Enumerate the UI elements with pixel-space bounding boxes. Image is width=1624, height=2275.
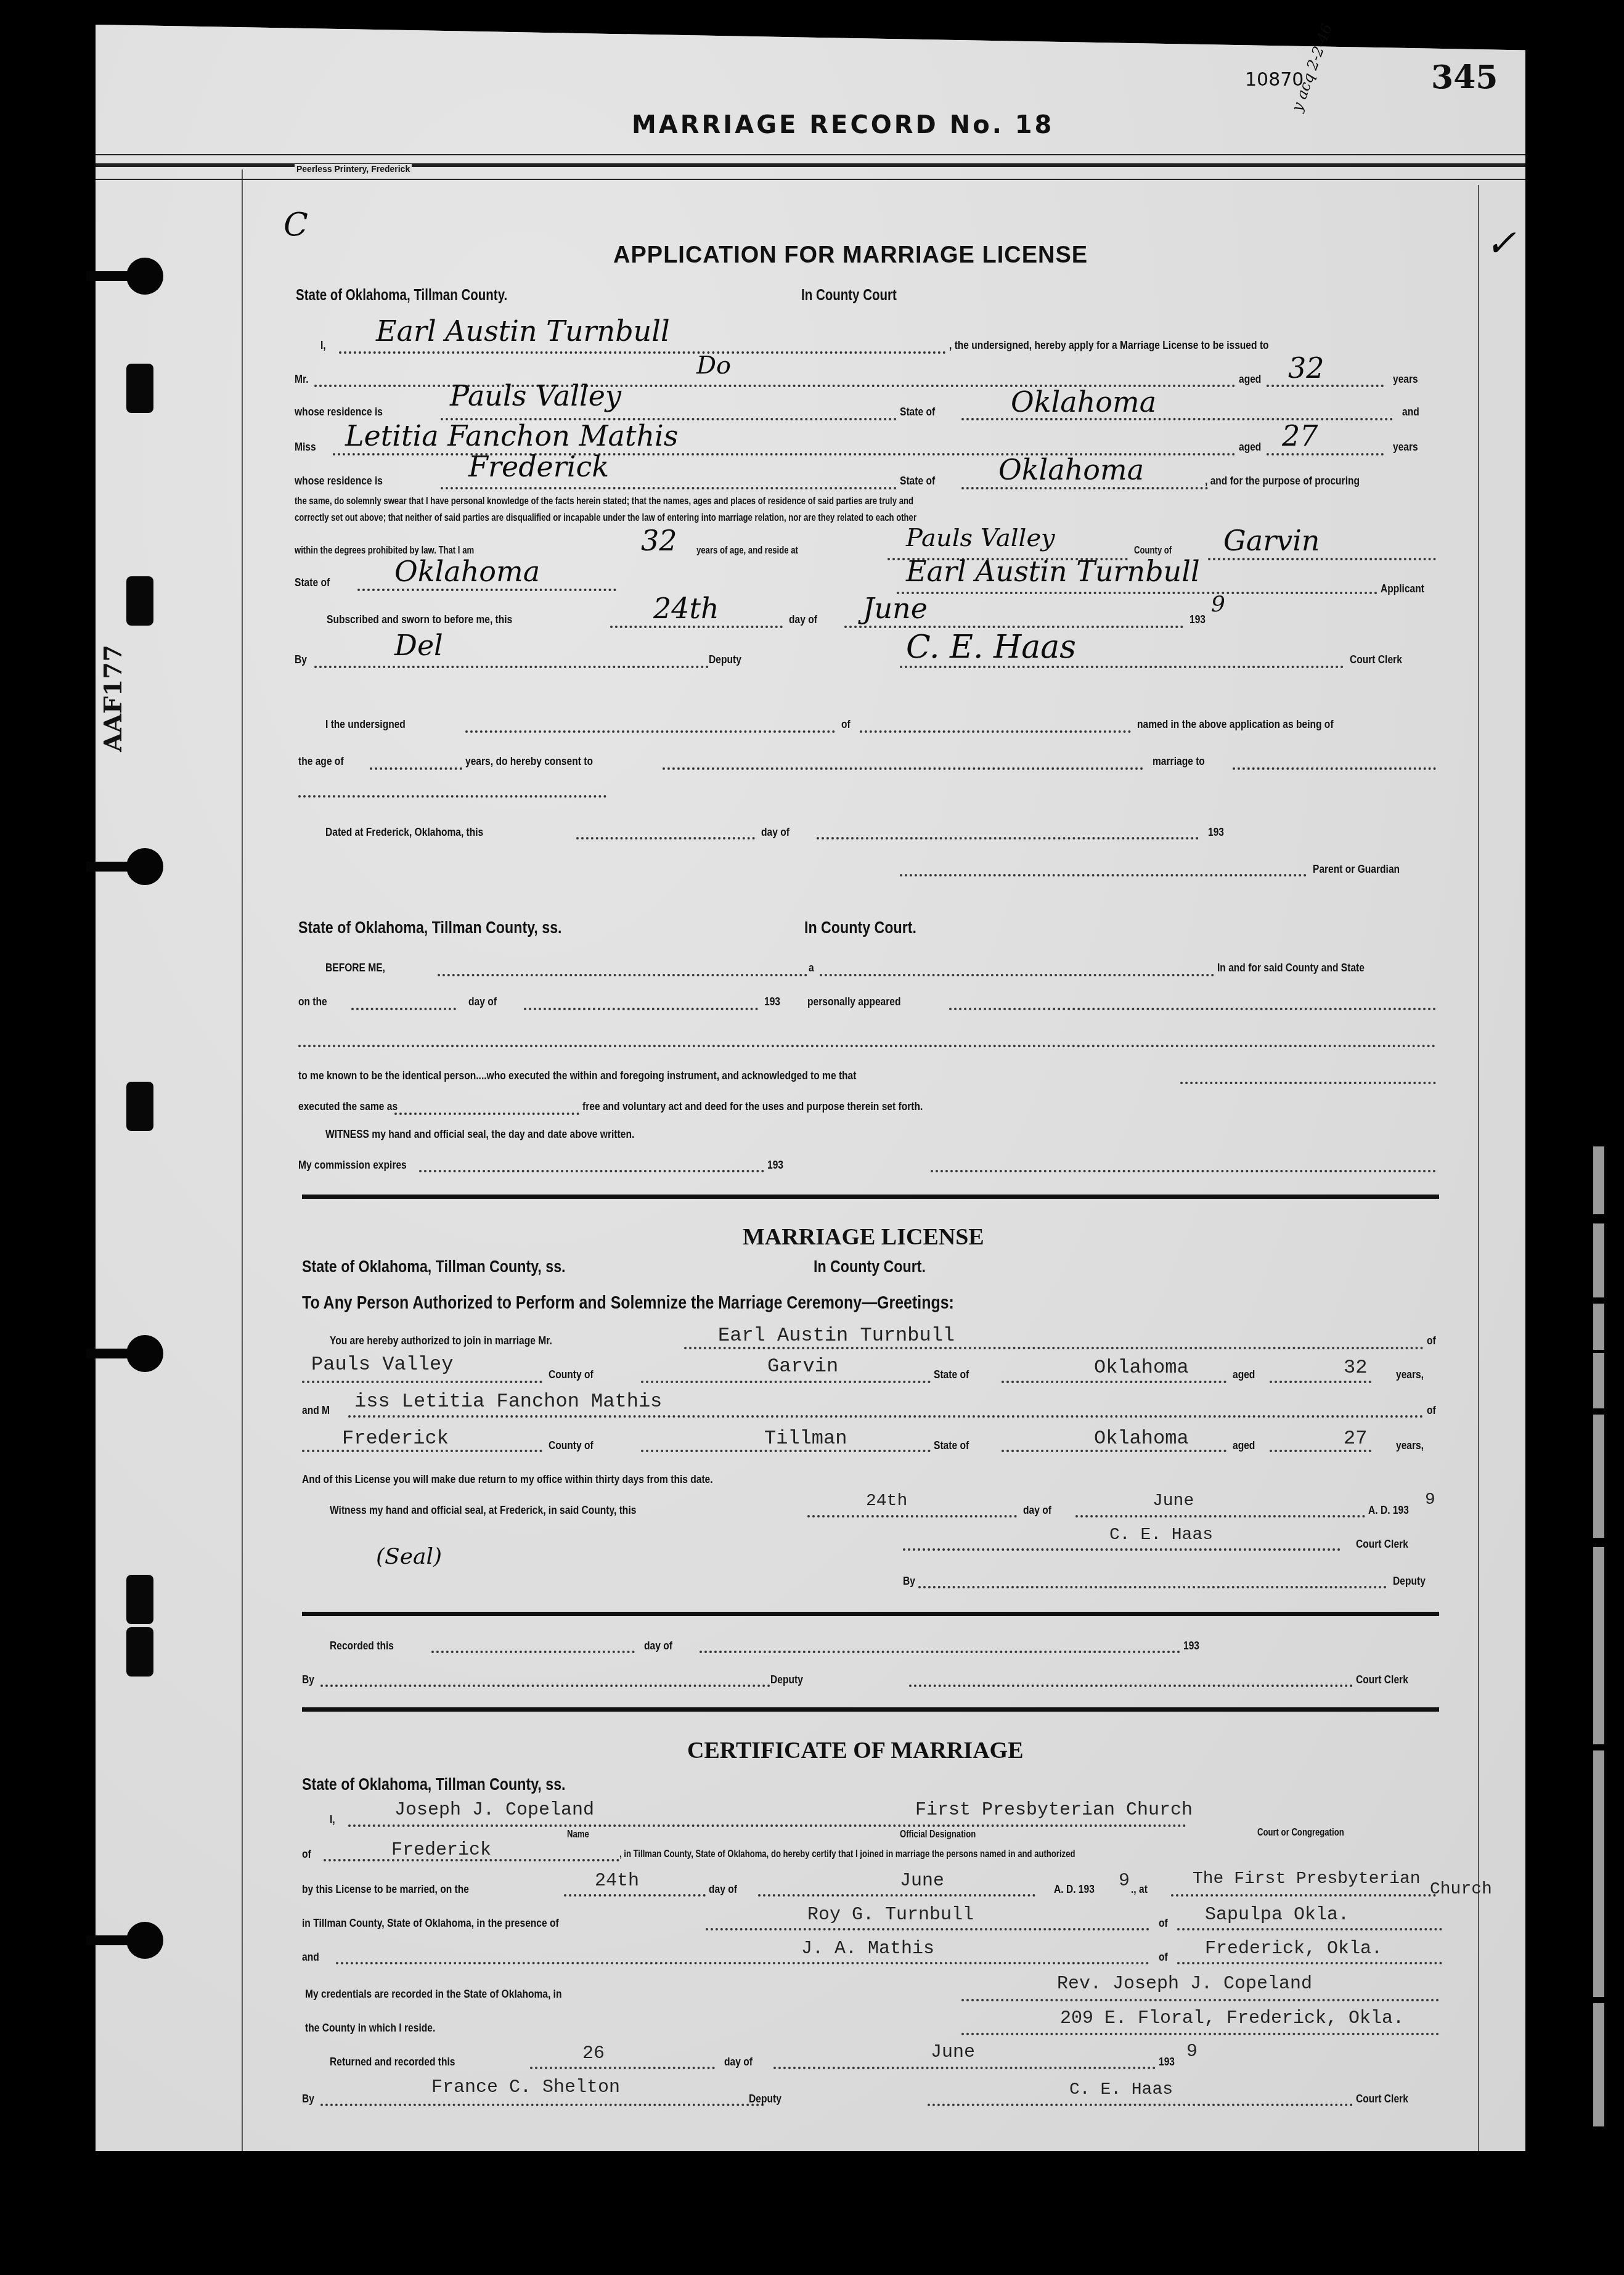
witness-day-field <box>807 1515 1017 1517</box>
returned-month: June <box>931 2042 975 2063</box>
officiant-signature: Rev. Joseph J. Copeland <box>1057 1974 1312 1995</box>
known-field <box>1180 1082 1436 1084</box>
at-label: ., at <box>1131 1883 1148 1897</box>
printer-credit: Peerless Printery, Frederick <box>295 164 412 174</box>
on-the: on the <box>298 995 327 1009</box>
residence-label: whose residence is <box>295 475 383 488</box>
bride-county-field <box>641 1450 931 1452</box>
oath-line-1: the same, do solemnly swear that I have … <box>295 496 913 507</box>
commission-year: 193 <box>767 1159 783 1172</box>
consent-line2-prefix: the age of <box>298 755 344 769</box>
in-and-for: In and for said County and State <box>1217 962 1365 975</box>
recorded-day-field <box>431 1651 635 1653</box>
license-bride-state: Oklahoma <box>1094 1427 1189 1450</box>
film-strip <box>1593 1223 1604 1297</box>
page-number: 345 <box>1431 59 1498 96</box>
license-witness-month: June <box>1153 1492 1194 1511</box>
returned-year-prefix: 193 <box>1159 2056 1175 2069</box>
bride-age-field <box>1270 1450 1371 1452</box>
cert-state-line: State of Oklahoma, Tillman County, ss. <box>302 1775 566 1794</box>
corner-mark: C <box>284 206 308 243</box>
license-bride-county: Tillman <box>764 1427 847 1450</box>
license-prefix: by this License to be married, on the <box>302 1883 469 1897</box>
section-divider <box>302 1707 1439 1712</box>
dated-year: 193 <box>1208 826 1224 839</box>
license-groom-name: Earl Austin Turnbull <box>718 1324 955 1347</box>
i-label: I, <box>320 339 326 353</box>
groom-state: Oklahoma <box>1011 385 1156 419</box>
state-of-label: State of <box>934 1368 969 1382</box>
bride-city-field <box>302 1450 542 1452</box>
aged-label: aged <box>1233 1439 1255 1453</box>
groom-county-field <box>641 1381 931 1383</box>
presence-prefix: in Tillman County, State of Oklahoma, in… <box>302 1917 559 1930</box>
witness-month-field <box>1075 1515 1365 1517</box>
officiant-signature-line <box>961 1999 1439 2001</box>
sworn-month: June <box>863 592 928 625</box>
cert-by-label: By <box>302 2093 314 2106</box>
binding-slot <box>126 1575 153 1624</box>
groom-city-field <box>302 1381 542 1383</box>
ack-day-of: day of <box>468 995 497 1009</box>
before-me-field <box>438 974 807 976</box>
officer-title-field <box>820 974 1214 976</box>
applicant-county-field <box>1208 558 1436 560</box>
witness-line: WITNESS my hand and official seal, the d… <box>325 1128 634 1142</box>
film-strip <box>1593 1146 1604 1214</box>
ack-court-line: In County Court. <box>804 918 916 937</box>
groom-age: 32 <box>1288 351 1324 385</box>
married-day: 24th <box>595 1871 639 1892</box>
clerk-signature-line <box>900 666 1344 668</box>
deputy-label: Deputy <box>709 653 741 667</box>
cert-deputy-line <box>320 2104 764 2106</box>
witness1-place-field <box>1177 1928 1442 1930</box>
license-deputy-line <box>918 1586 1387 1588</box>
groom-age-field <box>1267 385 1384 387</box>
marriage-to-field <box>1233 767 1436 770</box>
application-court-line: In County Court <box>801 287 897 304</box>
bride-residence: Frederick <box>468 450 609 483</box>
day-of-label: day of <box>789 613 817 627</box>
cert-court-clerk-label: Court Clerk <box>1356 2093 1408 2106</box>
mr-value: Do <box>696 351 731 380</box>
dated-month-field <box>817 837 1199 839</box>
recorded-prefix: Recorded this <box>330 1640 394 1653</box>
license-bride-age: 27 <box>1344 1427 1367 1450</box>
binding-slot <box>126 1627 153 1677</box>
ack-day-field <box>351 1008 456 1010</box>
film-strip <box>1593 1415 1604 1538</box>
applicant-residence: Pauls Valley <box>906 524 1055 552</box>
license-year-digit: 9 <box>1425 1490 1435 1509</box>
by-label: By <box>903 1575 915 1588</box>
license-court-line: In County Court. <box>814 1257 926 1276</box>
place-field <box>1171 1894 1436 1897</box>
known-line: to me known to be the identical person..… <box>298 1069 856 1083</box>
residence-label: whose residence is <box>295 406 383 419</box>
bride-state-field <box>961 487 1208 489</box>
consent-of-field <box>860 730 1131 733</box>
certify-text: , in Tillman County, State of Oklahoma, … <box>619 1849 1075 1860</box>
ack-state-line: State of Oklahoma, Tillman County, ss. <box>298 918 562 937</box>
license-groom-age: 32 <box>1344 1356 1367 1379</box>
miss-label: Miss <box>295 441 316 454</box>
cert-ad-label: A. D. 193 <box>1054 1883 1095 1897</box>
official-designation-value: First Presbyterian Church <box>915 1800 1193 1821</box>
seal-text: (Seal) <box>376 1544 442 1569</box>
film-id-label: AAF177 <box>99 645 128 752</box>
cert-deputy-name: France C. Shelton <box>431 2077 620 2098</box>
license-witness-day: 24th <box>866 1492 907 1511</box>
bride-age: 27 <box>1282 419 1318 452</box>
license-groom-state: Oklahoma <box>1094 1356 1189 1379</box>
sworn-prefix: Subscribed and sworn to before me, this <box>327 613 512 627</box>
witness2-name: J. A. Mathis <box>801 1938 934 1959</box>
cert-and-label: and <box>302 1951 319 1964</box>
bride-state-field <box>1002 1450 1226 1452</box>
commission-label: My commission expires <box>298 1159 407 1172</box>
credentials-line-1: My credentials are recorded in the State… <box>305 1988 561 2001</box>
marriage-to-label: marriage to <box>1153 755 1205 769</box>
place-line-1: The First Presbyterian <box>1193 1869 1421 1889</box>
aged-label: aged <box>1233 1368 1255 1382</box>
officiant-name-field <box>348 1824 1186 1827</box>
deputy-label: Deputy <box>1393 1575 1426 1588</box>
header-rule-thin <box>96 154 1525 155</box>
parent-signature-line <box>900 874 1307 876</box>
returned-year-digit: 9 <box>1186 2041 1198 2062</box>
authorized-prefix: You are hereby authorized to join in mar… <box>330 1334 552 1348</box>
application-state-line: State of Oklahoma, Tillman County. <box>296 287 507 304</box>
consent-age-field <box>370 767 462 770</box>
margin-rule-left <box>242 170 243 2151</box>
certificate-title: CERTIFICATE OF MARRIAGE <box>687 1737 1023 1764</box>
deputy-field <box>314 666 709 668</box>
returned-day: 26 <box>582 2043 605 2064</box>
license-state-line: State of Oklahoma, Tillman County, ss. <box>302 1257 566 1276</box>
return-line: And of this License you will make due re… <box>302 1473 713 1487</box>
cert-clerk-line <box>928 2104 1353 2106</box>
credentials-line-2: the County in which I reside. <box>305 2022 435 2035</box>
header-rule-thin <box>96 179 1525 180</box>
name-caption: Name <box>567 1829 589 1840</box>
married-month-field <box>758 1894 1035 1897</box>
parent-label: Parent or Guardian <box>1313 863 1400 876</box>
consent-line2-mid: years, do hereby consent to <box>465 755 593 769</box>
court-clerk-label: Court Clerk <box>1356 1538 1408 1551</box>
returned-day-field <box>530 2067 715 2069</box>
license-clerk-line <box>903 1548 1340 1551</box>
film-strip <box>1593 2003 1604 2126</box>
binding-slot <box>126 576 153 626</box>
applicant-state-field <box>357 589 616 591</box>
applicant-age: 32 <box>641 524 677 557</box>
procuring-text: , and for the purpose of procuring <box>1205 475 1360 488</box>
state-of-label: State of <box>900 406 935 419</box>
dated-prefix: Dated at Frederick, Oklahoma, this <box>325 826 483 839</box>
aged-label: aged <box>1239 373 1261 386</box>
personally-appeared: personally appeared <box>807 995 901 1009</box>
witness1-of: of <box>1159 1917 1168 1930</box>
witness2-place-field <box>1177 1962 1442 1964</box>
applicant-signature: Earl Austin Turnbull <box>906 555 1200 588</box>
section-divider <box>302 1612 1439 1616</box>
binding-ring-hole <box>126 1335 163 1372</box>
film-strip <box>1593 1547 1604 1744</box>
appeared-field-2 <box>298 1045 1436 1047</box>
witness1-name-field <box>706 1928 1149 1930</box>
groom-age-field <box>1270 1381 1371 1383</box>
consent-line1-prefix: I the undersigned <box>325 718 406 732</box>
officiant-city: Frederick <box>391 1840 491 1861</box>
of-label: of <box>1427 1334 1436 1348</box>
witness1-name: Roy G. Turnbull <box>807 1905 974 1926</box>
years-label: years, <box>1396 1439 1424 1453</box>
cert-year-digit: 9 <box>1119 1871 1130 1892</box>
state-of-label: State of <box>934 1439 969 1453</box>
bride-state: Oklahoma <box>998 453 1144 486</box>
license-clerk-name: C. E. Haas <box>1109 1526 1213 1545</box>
applicant-state: Oklahoma <box>394 555 540 588</box>
county-of-label: County of <box>549 1368 594 1382</box>
and-label: and <box>1402 406 1419 419</box>
recorded-day-of: day of <box>644 1640 672 1653</box>
dated-day-of: day of <box>761 826 790 839</box>
recorded-month-field <box>700 1651 1180 1653</box>
ack-month-field <box>524 1008 758 1010</box>
married-month: June <box>900 1871 944 1892</box>
witness2-place: Frederick, Okla. <box>1205 1938 1382 1959</box>
oath-line-2: correctly set out above; that neither of… <box>295 513 916 524</box>
witness2-name-field <box>336 1962 1149 1964</box>
check-mark: ✓ <box>1485 222 1516 265</box>
cert-deputy-label: Deputy <box>749 2093 781 2106</box>
recorded-deputy-label: Deputy <box>770 1673 803 1687</box>
a-label: a <box>809 962 814 975</box>
recorded-court-clerk-label: Court Clerk <box>1356 1673 1408 1687</box>
state-of-label: State of <box>295 576 330 590</box>
binding-slot <box>126 1082 153 1131</box>
executed-field <box>394 1113 579 1115</box>
groom-residence: Pauls Valley <box>450 379 621 412</box>
years-label: years <box>1393 373 1418 386</box>
cert-clerk-name: C. E. Haas <box>1069 2080 1173 2099</box>
witness-prefix: Witness my hand and official seal, at Fr… <box>330 1504 636 1517</box>
mr-label: Mr. <box>295 373 309 386</box>
consent-line1-suffix: named in the above application as being … <box>1137 718 1334 732</box>
bride-name: Letitia Fanchon Mathis <box>345 419 678 452</box>
executed-suffix: free and voluntary act and deed for the … <box>582 1100 923 1114</box>
recorded-year: 193 <box>1183 1640 1199 1653</box>
ad-label: A. D. 193 <box>1368 1504 1409 1517</box>
before-me: BEFORE ME, <box>325 962 385 975</box>
by-label: By <box>295 653 307 667</box>
clerk-signature: C. E. Haas <box>906 629 1076 666</box>
bride-residence-field <box>441 487 897 489</box>
executed-prefix: executed the same as <box>298 1100 398 1114</box>
witness2-of: of <box>1159 1951 1168 1964</box>
applicant-label: Applicant <box>1381 582 1424 596</box>
license-greeting: To Any Person Authorized to Perform and … <box>302 1293 954 1313</box>
record-title: MARRIAGE RECORD No. 18 <box>632 111 1054 139</box>
film-strip <box>1593 1304 1604 1350</box>
ack-year: 193 <box>764 995 780 1009</box>
license-groom-county: Garvin <box>767 1355 838 1378</box>
license-bride-city: Frederick <box>342 1427 449 1450</box>
groom-name-field <box>684 1347 1424 1349</box>
recorded-deputy-line <box>320 1685 770 1687</box>
recorded-clerk-line <box>909 1685 1353 1687</box>
consent-continuation-field <box>298 795 606 798</box>
license-groom-city: Pauls Valley <box>311 1353 453 1376</box>
dated-day-field <box>576 837 755 839</box>
sworn-year-prefix: 193 <box>1189 613 1206 627</box>
years-label: years <box>1393 441 1418 454</box>
license-bride-name: iss Letitia Fanchon Mathis <box>354 1390 662 1413</box>
binding-ring-hole <box>126 258 163 295</box>
official-designation-caption: Official Designation <box>900 1829 976 1840</box>
consent-of-label: of <box>841 718 851 732</box>
apply-text: , the undersigned, hereby apply for a Ma… <box>949 339 1269 353</box>
application-title: APPLICATION FOR MARRIAGE LICENSE <box>613 242 1088 269</box>
sworn-day: 24th <box>653 592 719 625</box>
deputy-initials: Del <box>394 629 443 662</box>
cert-of-label: of <box>302 1848 311 1861</box>
sworn-month-field <box>844 626 1183 628</box>
film-strip <box>1593 1353 1604 1408</box>
license-title: MARRIAGE LICENSE <box>743 1223 984 1251</box>
notary-signature-line <box>931 1170 1436 1172</box>
consent-name-field <box>465 730 835 733</box>
and-m-label: and M <box>302 1404 330 1418</box>
of-label: of <box>1427 1404 1436 1418</box>
years-label: years, <box>1396 1368 1424 1382</box>
witness1-place: Sapulpa Okla. <box>1205 1905 1349 1926</box>
recorded-by-label: By <box>302 1673 314 1687</box>
margin-rule-right <box>1478 185 1479 2151</box>
applicant-name-field <box>339 351 946 354</box>
cert-i-label: I, <box>330 1813 335 1827</box>
sworn-year-digit: 9 <box>1211 592 1225 617</box>
commission-field <box>419 1170 764 1172</box>
groom-state-field <box>1002 1381 1226 1383</box>
married-day-field <box>564 1894 706 1897</box>
appeared-field <box>949 1008 1436 1010</box>
binding-ring-hole <box>126 1922 163 1959</box>
court-clerk-label: Court Clerk <box>1350 653 1402 667</box>
applicant-county: Garvin <box>1223 524 1320 557</box>
section-divider <box>302 1195 1439 1199</box>
applicant-name: Earl Austin Turnbull <box>376 314 670 348</box>
consent-consent-field <box>663 767 1143 770</box>
returned-prefix: Returned and recorded this <box>330 2056 455 2069</box>
binding-slot <box>126 364 153 413</box>
officiant-name: Joseph J. Copeland <box>394 1800 594 1821</box>
film-strip <box>1593 1750 1604 1997</box>
officiant-address: 209 E. Floral, Frederick, Okla. <box>1060 2008 1404 2029</box>
officiant-address-line <box>961 2033 1439 2035</box>
court-caption: Court or Congregation <box>1257 1828 1344 1839</box>
aged-label: aged <box>1239 441 1261 454</box>
bride-age-field <box>1267 453 1384 455</box>
returned-day-of: day of <box>724 2056 753 2069</box>
day-of-label: day of <box>1023 1504 1051 1517</box>
returned-month-field <box>773 2067 1156 2069</box>
oath-line-3-mid: years of age, and reside at <box>696 545 798 557</box>
county-of-label: County of <box>549 1439 594 1453</box>
binding-ring-hole <box>126 848 163 885</box>
place-line-2: Church <box>1430 1880 1492 1899</box>
sworn-day-field <box>610 626 783 628</box>
bride-name-field <box>348 1415 1424 1418</box>
applicant-signature-line <box>897 592 1377 594</box>
cert-day-of: day of <box>709 1883 737 1897</box>
state-of-label: State of <box>900 475 935 488</box>
